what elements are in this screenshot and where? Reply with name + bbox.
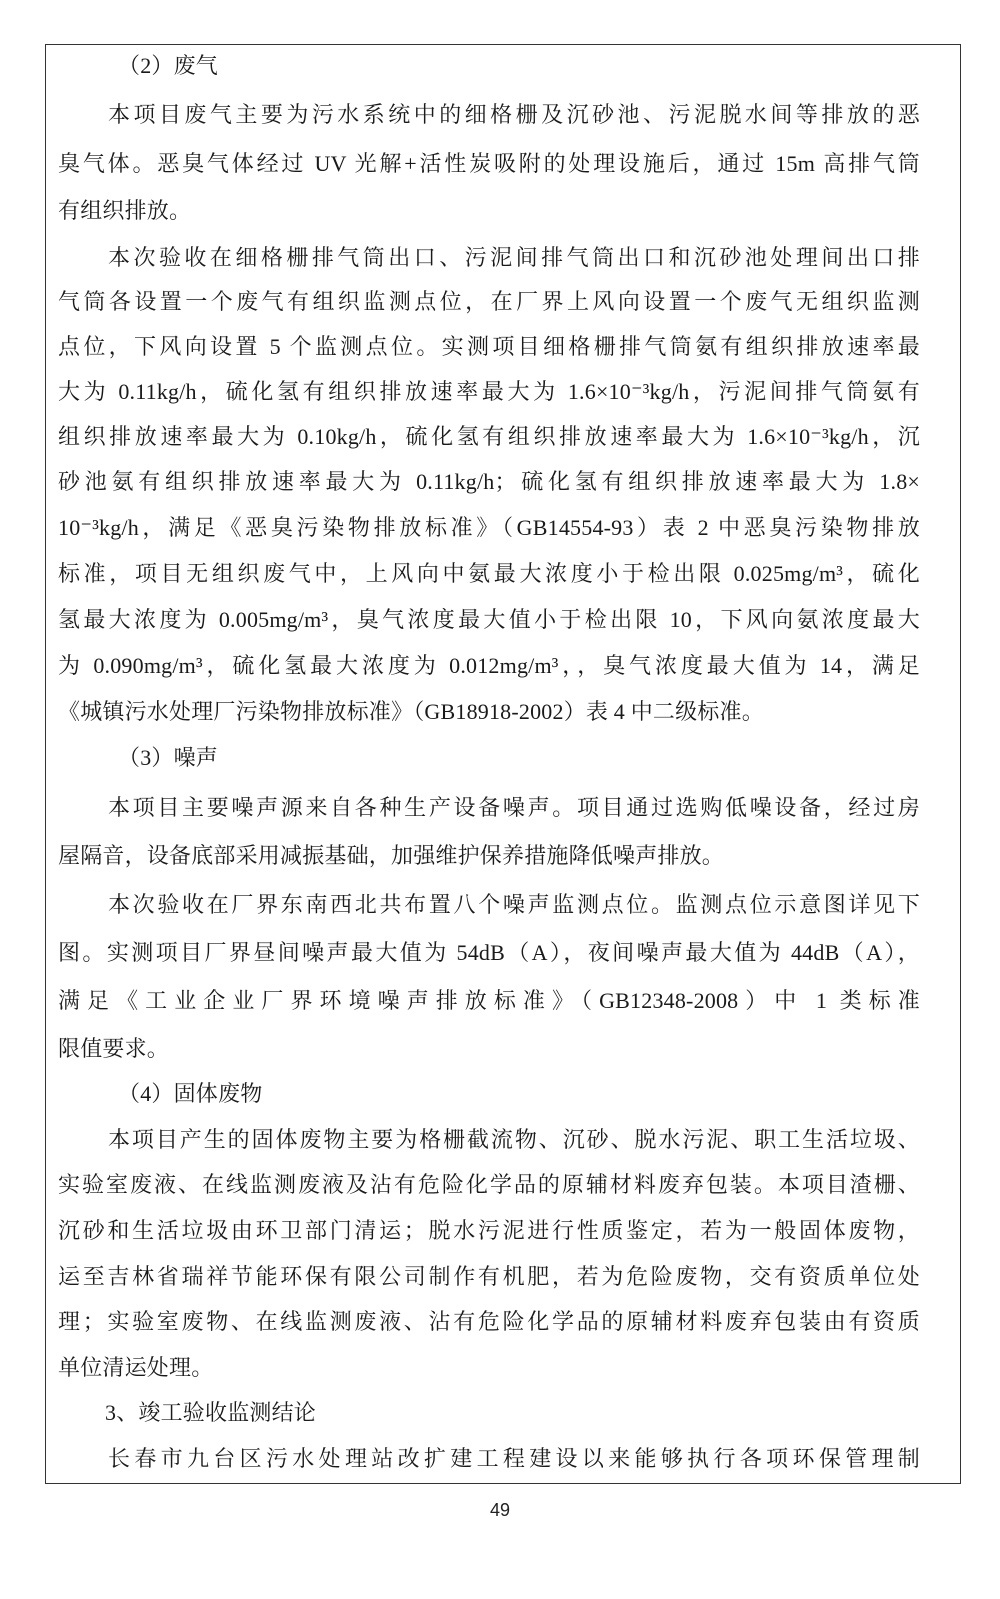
paragraph-line: 《城镇污水处理厂污染物排放标准》（GB18918-2002）表 4 中二级标准。	[58, 694, 938, 730]
paragraph-line: 10⁻³kg/h，满足《恶臭污染物排放标准》（GB14554-93）表 2 中恶…	[58, 510, 920, 546]
paragraph-line: 图。实测项目厂界昼间噪声最大值为 54dB（A），夜间噪声最大值为 44dB（A…	[58, 935, 920, 971]
paragraph-line: 本项目废气主要为污水系统中的细格栅及沉砂池、污泥脱水间等排放的恶	[108, 97, 920, 133]
section-heading-solid-waste: （4）固体废物	[118, 1076, 998, 1112]
paragraph-line: 气筒各设置一个废气有组织监测点位，在厂界上风向设置一个废气无组织监测	[58, 284, 920, 320]
paragraph-line: 本项目主要噪声源来自各种生产设备噪声。项目通过选购低噪设备，经过房	[108, 790, 920, 826]
paragraph-line: 单位清运处理。	[58, 1350, 938, 1386]
paragraph-line: 氢最大浓度为 0.005mg/m³，臭气浓度最大值小于检出限 10，下风向氨浓度…	[58, 602, 920, 638]
paragraph-line: 组织排放速率最大为 0.10kg/h，硫化氢有组织排放速率最大为 1.6×10⁻…	[58, 419, 920, 455]
paragraph-line: 砂池氨有组织排放速率最大为 0.11kg/h；硫化氢有组织排放速率最大为 1.8…	[58, 464, 920, 500]
section-heading-noise: （3）噪声	[118, 740, 998, 776]
paragraph-line: 为 0.090mg/m³，硫化氢最大浓度为 0.012mg/m³，，臭气浓度最大…	[58, 648, 920, 684]
paragraph-line: 理；实验室废物、在线监测废液、沾有危险化学品的原辅材料废弃包装由有资质	[58, 1304, 920, 1340]
section-heading-conclusion: 3、竣工验收监测结论	[105, 1395, 985, 1431]
paragraph-line: 屋隔音，设备底部采用减振基础，加强维护保养措施降低噪声排放。	[58, 838, 938, 874]
paragraph-line: 本次验收在厂界东南西北共布置八个噪声监测点位。监测点位示意图详见下	[108, 887, 920, 923]
paragraph-line: 点位，下风向设置 5 个监测点位。实测项目细格栅排气筒氨有组织排放速率最	[58, 329, 920, 365]
paragraph-line: 本次验收在细格栅排气筒出口、污泥间排气筒出口和沉砂池处理间出口排	[108, 240, 920, 276]
paragraph-line: 实验室废液、在线监测废液及沾有危险化学品的原辅材料废弃包装。本项目渣栅、	[58, 1167, 920, 1203]
paragraph-line: 长春市九台区污水处理站改扩建工程建设以来能够执行各项环保管理制	[108, 1441, 920, 1477]
paragraph-line: 本项目产生的固体废物主要为格栅截流物、沉砂、脱水污泥、职工生活垃圾、	[108, 1122, 920, 1158]
paragraph-line: 满足《工业企业厂界环境噪声排放标准》（GB12348-2008）中 1 类标准	[58, 983, 920, 1019]
paragraph-line: 沉砂和生活垃圾由环卫部门清运；脱水污泥进行性质鉴定，若为一般固体废物，	[58, 1213, 920, 1249]
paragraph-line: 限值要求。	[58, 1031, 938, 1067]
paragraph-line: 有组织排放。	[58, 193, 938, 229]
paragraph-line: 大为 0.11kg/h，硫化氢有组织排放速率最大为 1.6×10⁻³kg/h，污…	[58, 374, 920, 410]
paragraph-line: 臭气体。恶臭气体经过 UV 光解+活性炭吸附的处理设施后，通过 15m 高排气筒	[58, 146, 920, 182]
paragraph-line: 运至吉林省瑞祥节能环保有限公司制作有机肥，若为危险废物，交有资质单位处	[58, 1259, 920, 1295]
page-number: 49	[0, 1500, 1000, 1521]
section-heading-waste-gas: （2）废气	[118, 48, 998, 84]
paragraph-line: 标准，项目无组织废气中，上风向中氨最大浓度小于检出限 0.025mg/m³，硫化	[58, 556, 920, 592]
